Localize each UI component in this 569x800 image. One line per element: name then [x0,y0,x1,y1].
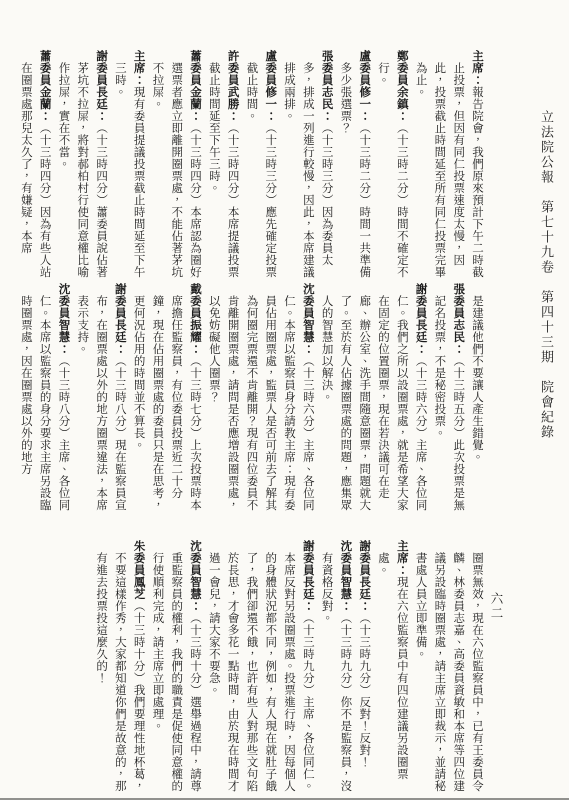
speech-segment: 許委員武勝：（十三時四分）本席提議投票截止時間延至下午三時。 [205,50,243,280]
speech-text: 現在六位監察員中有四位建議另設圈票處。 [377,552,410,780]
speech-segment: 蕭委員金蘭：（十三時四分）本席認為圈好選票者應立即離開圈票處，不能佔著茅坑不拉屎… [149,50,205,280]
speech-segment: 蕭委員金蘭：（十三時四分）因為有些人站在圈票處那兒太久了，有嫌疑，本席 [17,50,55,280]
speaker-name: 主席： [471,50,485,86]
speech-segment: 主席：報告院會，我們原來預計下午二時截止投票，但因有同仁投票速度太慢，因此，投票… [412,50,487,280]
speaker-name: 鄭委員余鎮： [396,50,410,122]
speaker-name: 沈委員智慧： [189,540,203,612]
speaker-name: 張委員志民： [452,283,466,355]
speech-segment: 張委員志民：（十三時三分）因為委員太多，排成一列進行較慢，因此，本席建議排成兩排… [280,50,336,280]
speech-segment: 謝委員長廷：（十三時九分）主席、各位同仁。本席反對另設圈票處。投票進行時，因每個… [205,540,318,796]
page-header-title: 立法院公報 第七十九卷 第四十三期 院會紀錄 [536,110,555,440]
speaker-name: 謝委員長廷： [114,283,128,355]
speech-segment: 鄭委員余鎮：（十三時二分）時間不確定不行。 [374,50,412,280]
speech-segment: 盧委員修一：（十三時三分）應先確定投票截止時間。 [243,50,281,280]
speech-segment: 戴委員振耀：（十三時七分）上次投票時本席擔任監察員，有位委員投票近二十分鐘，現在… [130,283,205,513]
speech-text: （十三時六分）主席、各位同仁。我們之所以設圈票處，就是希望大家在固定的位置圈票，… [321,295,429,511]
speech-segment: 謝委員長廷：（十三時八分）現在監察員宣布，在圈票處以外的地方圈票違法，本席表示支… [73,283,129,513]
speech-text: 現有委員提議投票截止時間延至下午三時。 [114,62,147,278]
speech-segment: 謝委員長廷：（十三時九分）反對！反對！ [355,540,374,796]
speech-segment: 是建議他們不要讓人產生錯覺。 [468,283,487,513]
speaker-name: 蕭委員金蘭： [189,50,203,122]
speaker-name: 謝委員長廷： [415,283,429,355]
speech-segment: 沈委員智慧：（十三時十分）選舉過程中，請尊重監察員的權利，我們的職責是促使同意權… [149,540,205,796]
speech-text: 圈票無效，現在六位監察員中，已有王委員令麟、林委員志嘉、高委員資敏和本席等四位建… [415,552,485,792]
speaker-name: 主席： [133,50,147,86]
text-register-top: 主席：報告院會，我們原來預計下午二時截止投票，但因有同仁投票速度太慢，因此，投票… [13,50,487,280]
speech-segment: 朱委員鳳芝（十三時十分）我們要理性地杯葛，不要這樣作秀，大家都知道你們是故意的，… [92,540,148,796]
speaker-name: 盧委員修一： [358,50,372,122]
speech-segment: 圈票無效，現在六位監察員中，已有王委員令麟、林委員志嘉、高委員資敏和本席等四位建… [412,540,487,796]
speech-segment: 盧委員修一：（十三時二分）時間一共準備多少張選票？ [337,50,375,280]
speech-segment: 謝委員長廷：（十三時四分）蕭委員說佔著茅坑不拉屎，將對郝柏村行使同意權比喻作拉屎… [55,50,111,280]
speaker-name: 張委員志民： [321,50,335,122]
speaker-name: 許委員武勝： [227,50,241,122]
speaker-name: 朱委員鳳芝 [133,540,147,600]
speech-segment: 主席：現有委員提議投票截止時間延至下午三時。 [111,50,149,280]
speaker-name: 沈委員智慧： [339,540,353,612]
speech-text: 報告院會，我們原來預計下午二時截止投票，但因有同仁投票速度太慢，因此，投票截止時… [415,62,485,278]
page-number: 六二 [487,592,505,621]
speaker-name: 謝委員長廷： [358,540,372,612]
speech-segment: 沈委員智慧：（十三時八分）主席、各位同仁。本席以監察員的身分要求主席另設臨時圈票… [17,283,73,513]
speech-segment: 沈委員智慧：（十三時九分）你不是監察員，沒有資格反對。 [318,540,356,796]
speaker-name: 蕭委員金蘭： [39,50,53,122]
speaker-name: 主席： [396,540,410,576]
speech-segment: 謝委員長廷：（十三時六分）主席、各位同仁。我們之所以設圈票處，就是希望大家在固定… [318,283,431,513]
speech-segment: 主席：現在六位監察員中有四位建議另設圈票處。 [374,540,412,796]
speech-text: 是建議他們不要讓人產生錯覺。 [471,295,485,463]
speech-text: （十三時九分）反對！反對！ [358,612,372,768]
speaker-name: 謝委員長廷： [95,50,109,122]
gazette-page: 立法院公報 第七十九卷 第四十三期 院會紀錄 六二 主席：報告院會，我們原來預計… [0,0,569,800]
speech-segment: 張委員志民：（十三時五分）此次投票是無記名投票，不是秘密投票。 [431,283,469,513]
speaker-name: 沈委員智慧： [302,283,316,355]
speaker-name: 沈委員智慧： [57,283,71,355]
speech-text: （十三時九分）主席、各位同仁。本席反對另設圈票處。投票進行時，因每個人的身體狀況… [208,552,316,792]
speaker-name: 謝委員長廷： [302,540,316,612]
text-register-middle: 是建議他們不要讓人產生錯覺。張委員志民：（十三時五分）此次投票是無記名投票，不是… [13,283,487,513]
speaker-name: 盧委員修一： [264,50,278,122]
speech-text: （十三時六分）主席、各位同仁。本席以監察員身分請教主席：現有委員佔用圈票處，監票… [208,295,316,511]
text-register-bottom: 圈票無效，現在六位監察員中，已有王委員令麟、林委員志嘉、高委員資敏和本席等四位建… [13,540,487,796]
speech-segment: 沈委員智慧：（十三時六分）主席、各位同仁。本席以監察員身分請教主席：現有委員佔用… [205,283,318,513]
speaker-name: 戴委員振耀： [189,283,203,355]
